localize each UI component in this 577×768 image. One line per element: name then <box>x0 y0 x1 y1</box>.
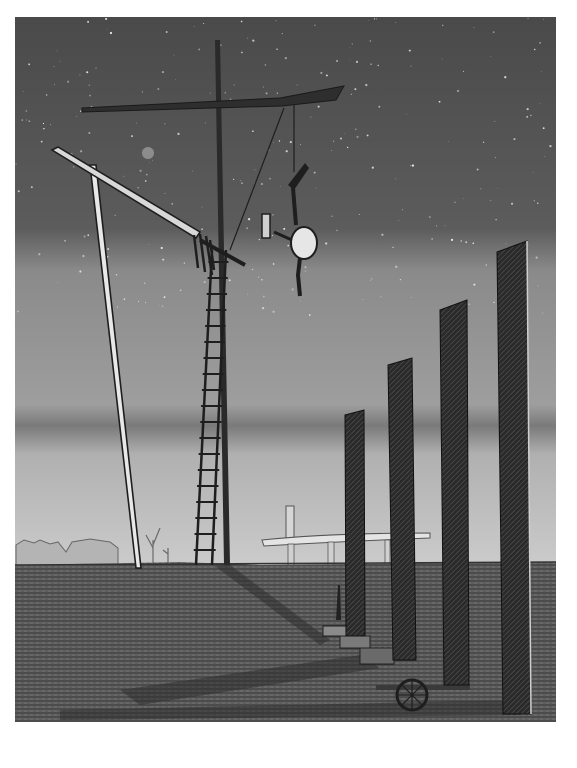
pillar-3 <box>440 300 469 685</box>
pillar-2 <box>388 358 416 660</box>
pillar-4 <box>497 241 531 714</box>
pillar-1 <box>345 410 365 636</box>
ground <box>15 562 556 722</box>
moon <box>142 147 154 159</box>
etching-artwork <box>0 0 577 768</box>
